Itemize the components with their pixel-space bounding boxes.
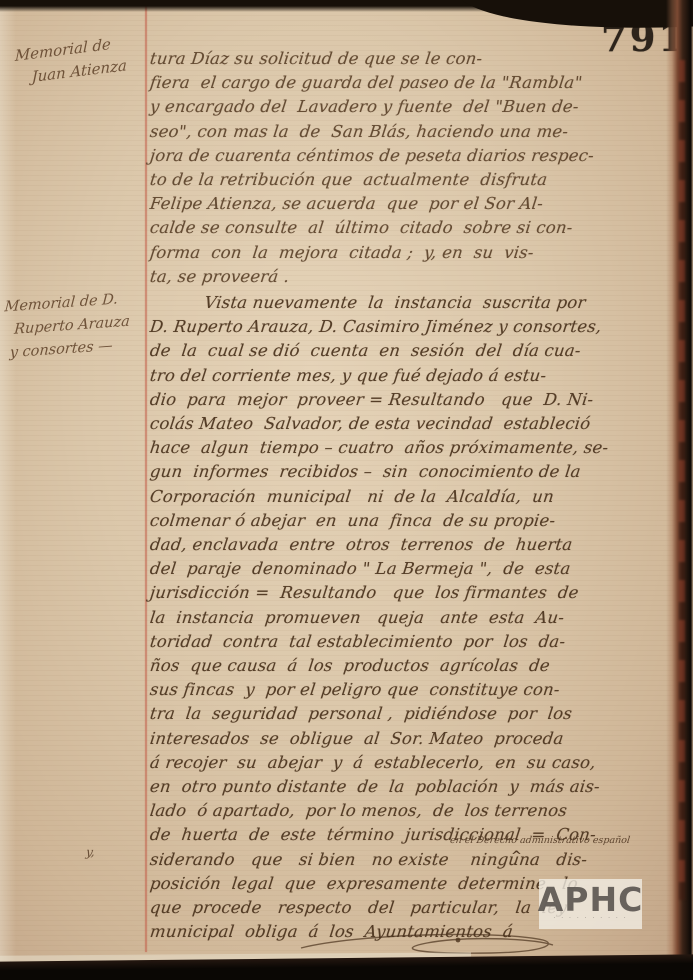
- aphc-watermark: APHC · · · · · · · · · ·: [539, 879, 642, 929]
- manuscript-line: colmenar ó abejar en una finca de su pro…: [149, 509, 610, 533]
- manuscript-line: interesados se obligue al Sor. Mateo pro…: [149, 727, 610, 751]
- manuscript-line: jora de cuarenta céntimos de peseta diar…: [149, 144, 596, 168]
- margin-note-ruperto-arauza: Memorial de D. Ruperto Arauza y consorte…: [4, 288, 132, 365]
- manuscript-line: tura Díaz su solicitud de que se le con-: [149, 47, 596, 71]
- manuscript-line: hace algun tiempo – cuatro años próximam…: [149, 436, 610, 460]
- manuscript-line: Vista nuevamente la instancia suscrita p…: [149, 291, 610, 315]
- manuscript-line: la instancia promueven queja ante esta A…: [149, 606, 610, 630]
- interlinear-insertion: en el Derecho administrativo español: [449, 835, 630, 846]
- manuscript-line: jurisdicción = Resultando que los firman…: [149, 581, 610, 605]
- aphc-watermark-subtext: · · · · · · · · · ·: [553, 915, 627, 923]
- margin-insert-mark: y,: [85, 845, 96, 859]
- manuscript-line: Felipe Atienza, se acuerda que por el So…: [149, 192, 596, 216]
- manuscript-line: lado ó apartado, por lo menos, de los te…: [149, 799, 610, 823]
- margin-note-juan-atienza: Memorial de Juan Atienza: [14, 31, 129, 90]
- manuscript-line: seo", con mas la de San Blás, haciendo u…: [149, 120, 596, 144]
- manuscript-line: siderando que si bien no existe ninguna …: [149, 848, 610, 872]
- manuscript-line: tro del corriente mes, y que fué dejado …: [149, 364, 610, 388]
- manuscript-line: colás Mateo Salvador, de esta vecindad e…: [149, 412, 610, 436]
- manuscript-page: 791 Memorial de Juan Atienza Memorial de…: [0, 0, 693, 980]
- manuscript-line: calde se consulte al último citado sobre…: [149, 216, 596, 240]
- aphc-watermark-text: APHC: [538, 885, 644, 915]
- page-edge-marbling: [679, 60, 685, 900]
- insertion-caret: ^: [511, 849, 522, 864]
- manuscript-line: gun informes recibidos – sin conocimient…: [149, 460, 610, 484]
- manuscript-line: de la cual se dió cuenta en sesión del d…: [149, 339, 610, 363]
- manuscript-line: D. Ruperto Arauza, D. Casimiro Jiménez y…: [149, 315, 610, 339]
- manuscript-line: to de la retribución que actualmente dis…: [149, 168, 596, 192]
- manuscript-line: sus fincas y por el peligro que constitu…: [149, 678, 610, 702]
- manuscript-line: y encargado del Lavadero y fuente del "B…: [149, 95, 596, 119]
- manuscript-line: ños que causa á los productos agrícolas …: [149, 654, 610, 678]
- manuscript-line: toridad contra tal establecimiento por l…: [149, 630, 610, 654]
- manuscript-line: Corporación municipal ni de la Alcaldía,…: [149, 485, 610, 509]
- manuscript-paragraph-2: Vista nuevamente la instancia suscrita p…: [150, 291, 608, 944]
- manuscript-paragraph-1: tura Díaz su solicitud de que se le con-…: [150, 47, 594, 289]
- manuscript-line: forma con la mejora citada ; y, en su vi…: [149, 241, 596, 265]
- red-margin-line: [145, 0, 147, 952]
- manuscript-line: dad, enclavada entre otros terrenos de h…: [149, 533, 610, 557]
- manuscript-line: ta, se proveerá .: [149, 265, 596, 289]
- manuscript-line: fiera el cargo de guarda del paseo de la…: [149, 71, 596, 95]
- manuscript-line: á recojer su abejar y á establecerlo, en…: [149, 751, 610, 775]
- manuscript-line: tra la seguridad personal , pidiéndose p…: [149, 702, 610, 726]
- manuscript-line: en otro punto distante de la población y…: [149, 775, 610, 799]
- manuscript-line: dio para mejor proveer = Resultando que …: [149, 388, 610, 412]
- scanned-manuscript-screenshot: 791 Memorial de Juan Atienza Memorial de…: [0, 0, 693, 980]
- left-page-edge-highlight: [0, 0, 16, 980]
- manuscript-line: del paraje denominado " La Bermeja ", de…: [149, 557, 610, 581]
